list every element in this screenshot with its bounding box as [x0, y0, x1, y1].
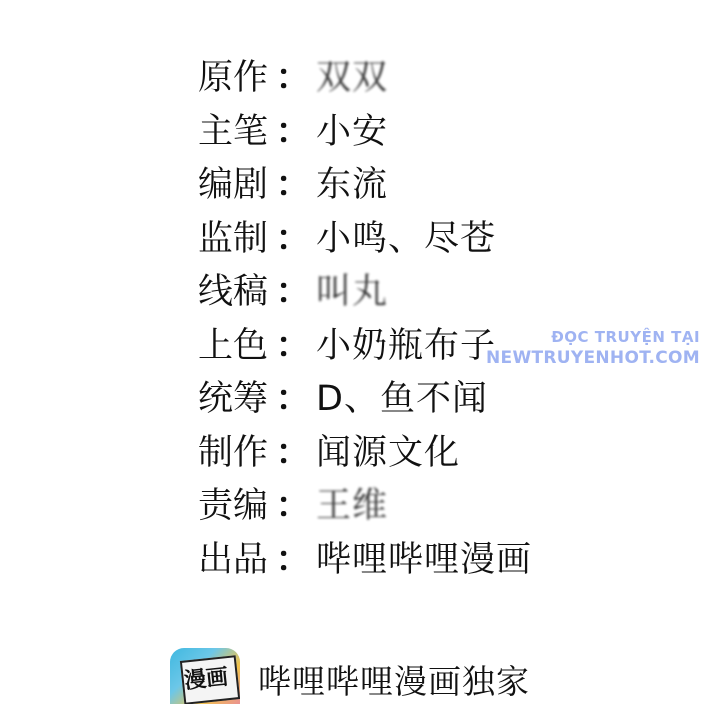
credit-role: 原作	[198, 61, 270, 96]
watermark: ĐỌC TRUYỆN TẠI NEWTRUYENHOT.COM	[486, 328, 700, 368]
exclusive-label: 哔哩哔哩漫画独家	[258, 656, 530, 703]
watermark-site: NEWTRUYENHOT.COM	[486, 348, 700, 368]
credit-name: 双双	[316, 61, 388, 96]
credit-name: 东流	[316, 168, 388, 203]
credit-name: 小奶瓶布子	[316, 329, 496, 364]
credit-row: 监制：小鸣、尽苍	[198, 213, 532, 267]
credit-name: 王维	[316, 489, 388, 524]
credit-name: 哔哩哔哩漫画	[316, 543, 532, 578]
credits-list: 原作：双双 主笔：小安 编剧：东流 监制：小鸣、尽苍 线稿：叫丸 上色：小奶瓶布…	[198, 52, 532, 587]
credit-role: 出品	[198, 543, 270, 578]
credit-row: 主笔：小安	[198, 106, 532, 160]
credit-role: 主笔	[198, 115, 270, 150]
credit-name: 叫丸	[316, 275, 388, 310]
credit-role: 制作	[198, 436, 270, 471]
credit-name: 小鸣、尽苍	[316, 222, 496, 257]
credit-row: 原作：双双	[198, 52, 532, 106]
credit-role: 统筹	[198, 382, 270, 417]
credit-separator: ：	[270, 115, 316, 150]
credit-row: 编剧：东流	[198, 159, 532, 213]
credit-separator: ：	[270, 543, 316, 578]
credit-name: 闻源文化	[316, 436, 460, 471]
credit-role: 上色	[198, 329, 270, 364]
credit-role: 监制	[198, 222, 270, 257]
credit-row: 制作：闻源文化	[198, 427, 532, 481]
credit-separator: ：	[270, 382, 316, 417]
icon-label: 漫画	[183, 660, 230, 695]
credit-row: 责编：王维	[198, 480, 532, 534]
credit-separator: ：	[270, 275, 316, 310]
manga-app-icon: 漫画	[170, 648, 240, 704]
credit-name: D、鱼不闻	[316, 382, 488, 417]
footer-branding: 漫画 哔哩哔哩漫画独家	[170, 648, 530, 704]
credit-role: 线稿	[198, 275, 270, 310]
credit-role: 责编	[198, 489, 270, 524]
credit-separator: ：	[270, 168, 316, 203]
credit-separator: ：	[270, 61, 316, 96]
credit-separator: ：	[270, 329, 316, 364]
credit-name: 小安	[316, 115, 388, 150]
watermark-line1: ĐỌC TRUYỆN TẠI	[500, 328, 700, 346]
credit-row: 出品：哔哩哔哩漫画	[198, 534, 532, 588]
credit-separator: ：	[270, 222, 316, 257]
credit-row: 线稿：叫丸	[198, 266, 532, 320]
credit-separator: ：	[270, 436, 316, 471]
credit-row: 上色：小奶瓶布子	[198, 320, 532, 374]
credit-role: 编剧	[198, 168, 270, 203]
credit-row: 统筹：D、鱼不闻	[198, 373, 532, 427]
credit-separator: ：	[270, 489, 316, 524]
